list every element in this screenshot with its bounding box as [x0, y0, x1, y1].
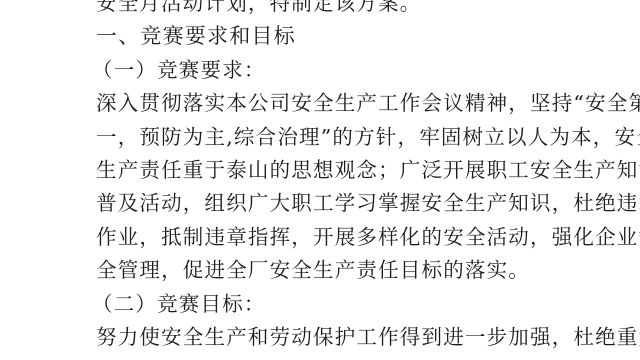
paragraph-line: 作业，抵制违章指挥，开展多样化的安全活动，强化企业安	[96, 221, 556, 254]
paragraph-line: 全管理，促进全厂安全生产责任目标的落实。	[96, 254, 556, 287]
document-body: 安全月活动计划，特制定该方案。 一、竞赛要求和目标 （一）竞赛要求： 深入贯彻落…	[96, 0, 556, 354]
paragraph-line: 一，预防为主,综合治理”的方针，牢固树立以人为本，安全	[96, 121, 556, 154]
paragraph-line: 普及活动，组织广大职工学习掌握安全生产知识，杜绝违章	[96, 187, 556, 220]
document-page: 安全月活动计划，特制定该方案。 一、竞赛要求和目标 （一）竞赛要求： 深入贯彻落…	[0, 0, 640, 360]
paragraph-line-intro-tail: 安全月活动计划，特制定该方案。	[96, 0, 556, 20]
paragraph-line: 生产责任重于泰山的思想观念；广泛开展职工安全生产知识	[96, 154, 556, 187]
subheading-competition-goals: （二）竞赛目标：	[92, 288, 556, 321]
paragraph-line: 努力使安全生产和劳动保护工作得到进一步加强，杜绝重大	[96, 321, 556, 354]
paragraph-line: 深入贯彻落实本公司安全生产工作会议精神，坚持“安全第	[96, 87, 556, 120]
section-heading-competition-requirements-goals: 一、竞赛要求和目标	[96, 20, 556, 53]
subheading-competition-requirements: （一）竞赛要求：	[92, 54, 556, 87]
